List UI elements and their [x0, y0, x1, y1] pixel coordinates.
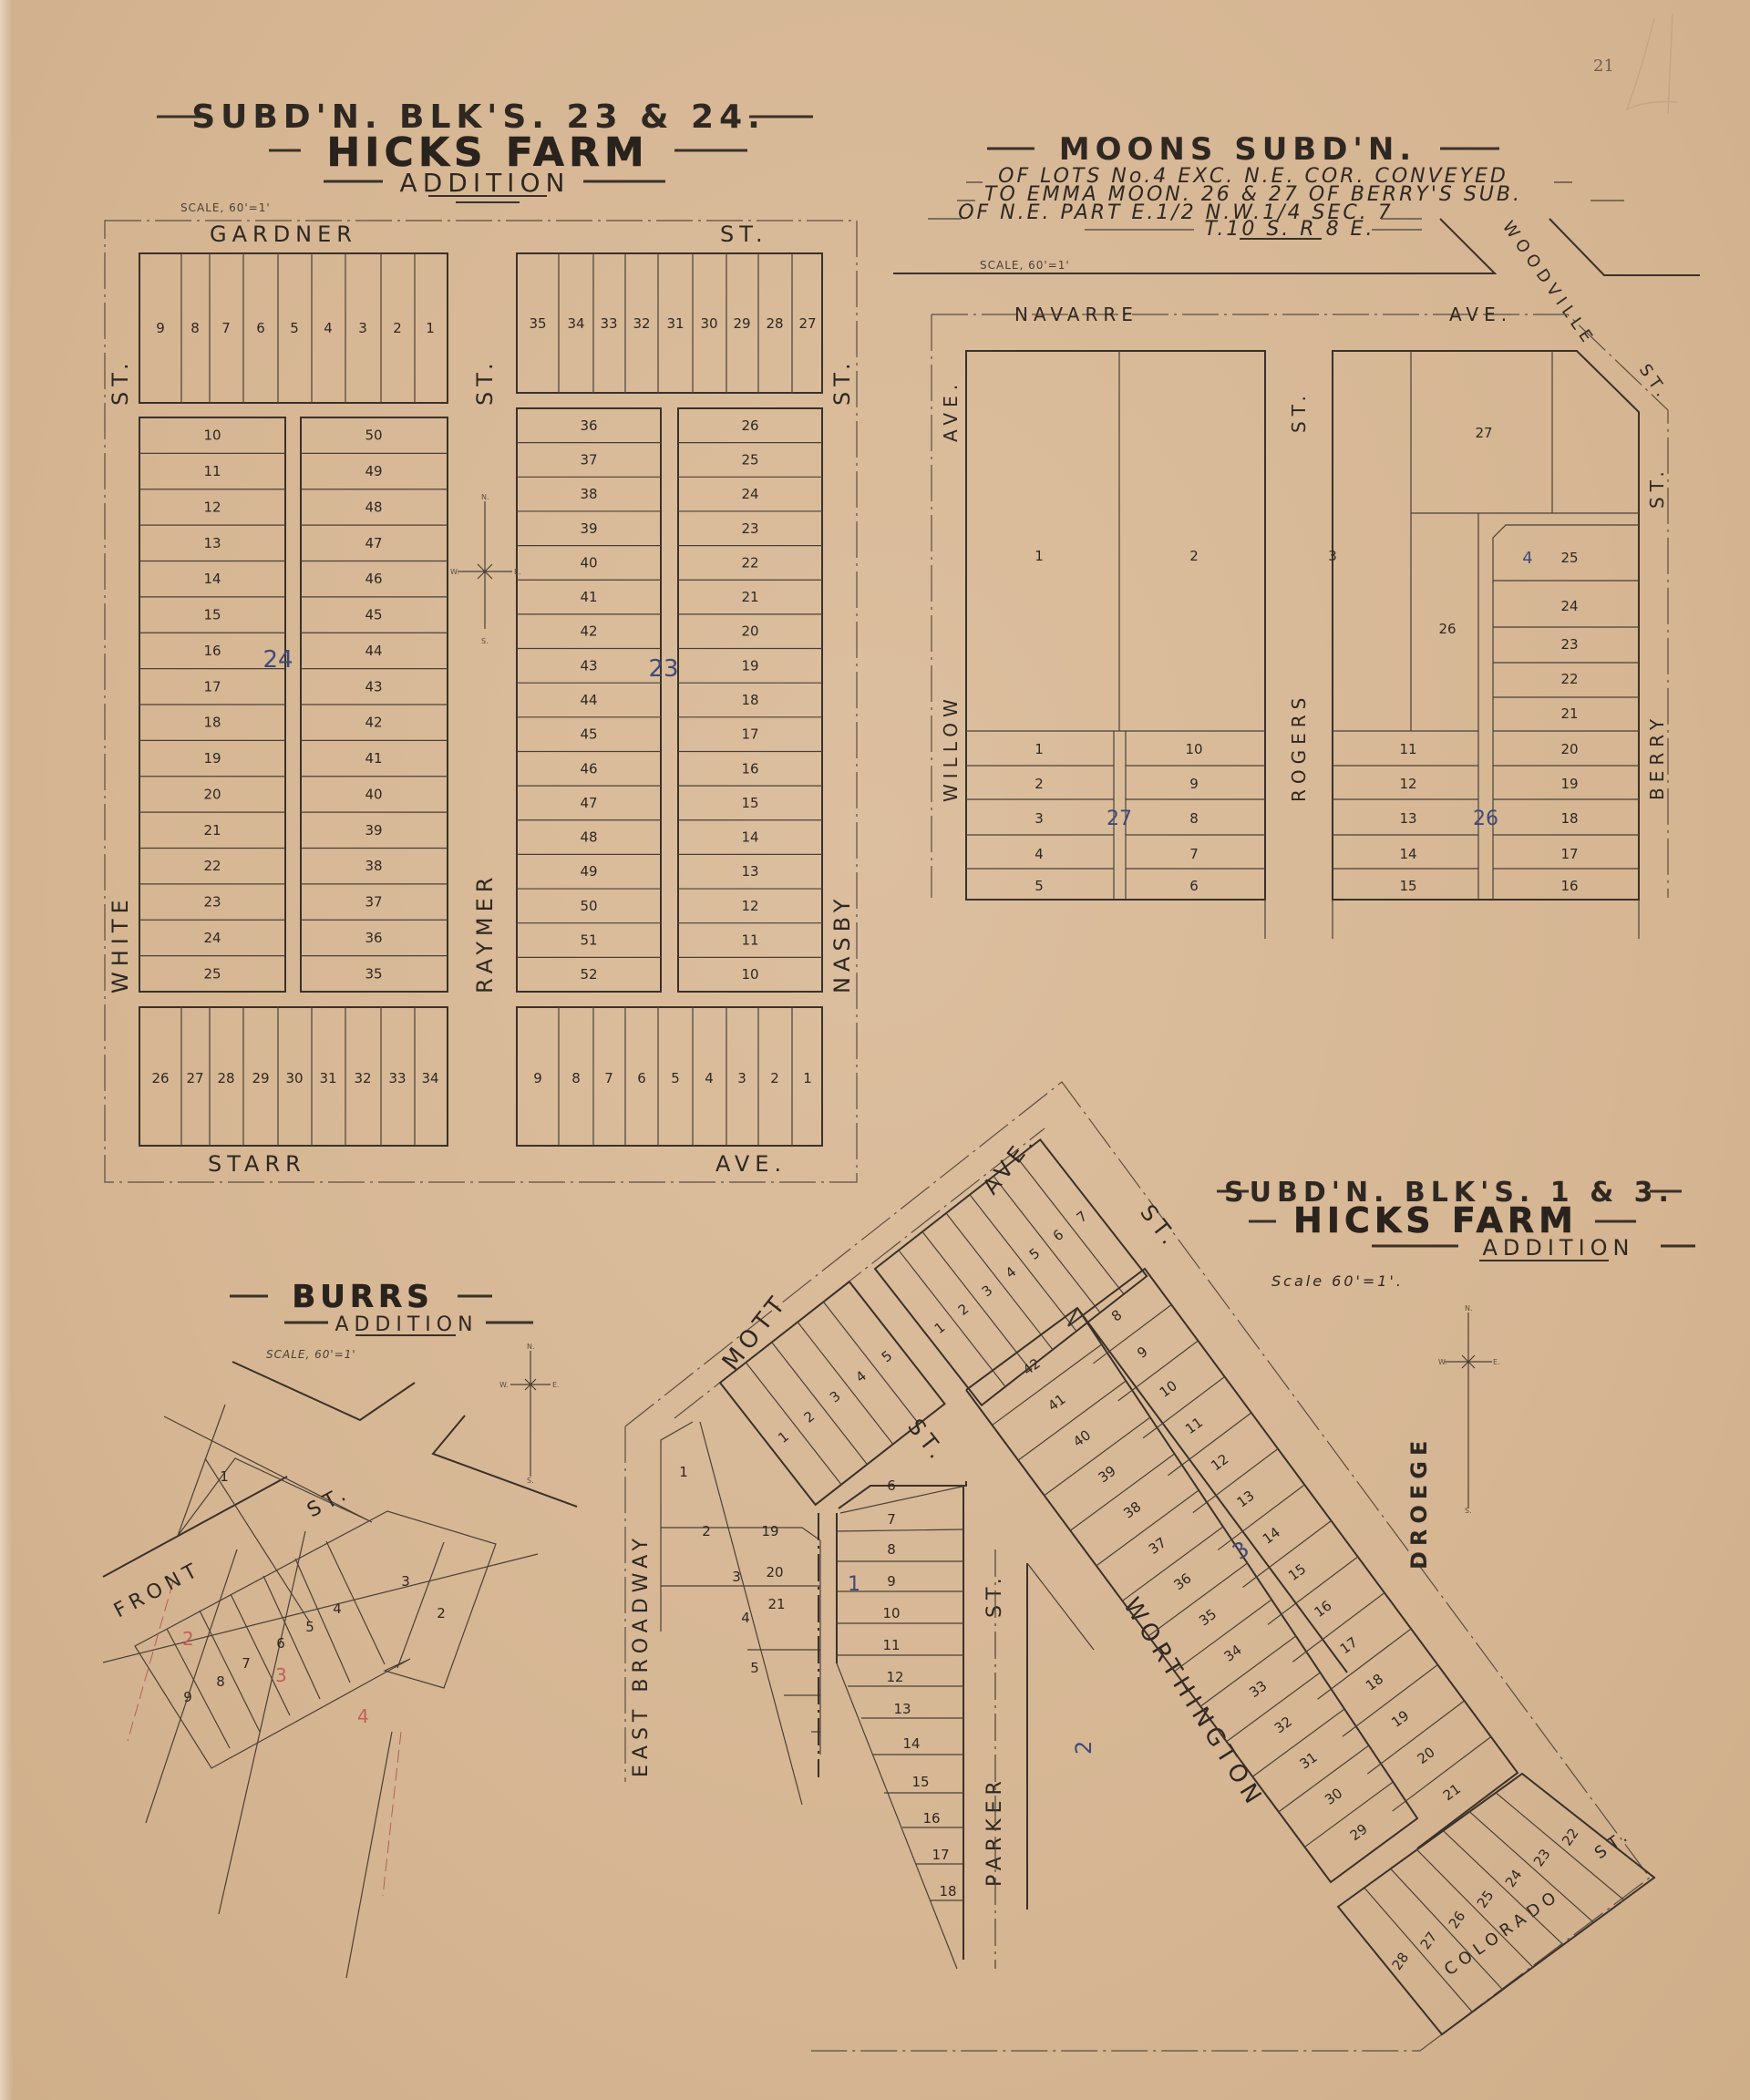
- lot: 11: [203, 463, 221, 479]
- lot: 38: [580, 486, 597, 502]
- lot: 39: [580, 520, 597, 537]
- lot: 11: [741, 932, 758, 949]
- lot: 8: [887, 1541, 896, 1558]
- lot: 6: [1050, 1226, 1067, 1244]
- lot: 19: [761, 1523, 778, 1539]
- lot: 2: [955, 1301, 973, 1319]
- red-lot-label: 4: [357, 1705, 369, 1727]
- hicks-1-3-section: SUBD'N. BLK'S. 1 & 3. HICKS FARM ADDITIO…: [625, 1082, 1695, 2051]
- lot: 16: [203, 643, 221, 659]
- lot: 49: [580, 863, 597, 880]
- lot: 4: [324, 320, 333, 336]
- street-navarre-suffix: AVE.: [1449, 304, 1512, 325]
- lot: 46: [365, 571, 382, 587]
- moons-subdivision-section: MOONS SUBD'N. OF LOTS No.4 EXC. N.E. COR…: [893, 131, 1700, 939]
- lot: 13: [741, 863, 758, 880]
- lot: 51: [580, 932, 597, 949]
- lot: 12: [741, 898, 758, 914]
- compass-s: S.: [481, 637, 489, 645]
- lot: 27: [186, 1070, 203, 1086]
- street-berry: BERRY: [1646, 714, 1668, 800]
- lot: 13: [203, 535, 221, 551]
- lot: 20: [741, 623, 758, 640]
- lot: 2: [801, 1408, 818, 1426]
- lot: 19: [741, 657, 758, 674]
- lot: 16: [741, 760, 758, 777]
- lot: 30: [285, 1070, 303, 1086]
- lot: 23: [1530, 1846, 1554, 1869]
- lot: 25: [741, 451, 758, 468]
- lot: 30: [700, 315, 717, 332]
- street-rogers: ROGERS: [1288, 693, 1310, 802]
- compass-n: N.: [1465, 1304, 1473, 1312]
- lot: 1: [932, 1319, 949, 1337]
- lot: 43: [580, 657, 597, 674]
- red-lot-label: 2: [182, 1628, 194, 1650]
- lot: 1: [679, 1464, 688, 1480]
- lot: 12: [886, 1669, 903, 1685]
- lot: 41: [1045, 1391, 1068, 1415]
- pencil-mark: [1627, 14, 1677, 114]
- lot: 27: [1417, 1929, 1441, 1952]
- lot: 36: [1170, 1570, 1194, 1593]
- street-raymer: RAYMER: [472, 872, 498, 993]
- lot: 13: [893, 1701, 911, 1717]
- lot: 23: [203, 894, 221, 911]
- lot: 3: [1328, 548, 1337, 564]
- lot: 25: [203, 965, 221, 982]
- lot: 36: [365, 930, 382, 946]
- block-26-sub-label: 4: [1522, 549, 1532, 568]
- lot: 28: [1389, 1950, 1413, 1973]
- burrs-scale: SCALE, 60'=1': [266, 1348, 356, 1361]
- hicks-1-3-scale: Scale 60'=1'.: [1271, 1272, 1404, 1290]
- lot: 21: [1560, 705, 1578, 722]
- street-nasby: NASBY: [829, 894, 855, 993]
- lot: 21: [203, 822, 221, 839]
- street-willow-suffix: AVE.: [940, 379, 962, 442]
- compass-e: E.: [1493, 1358, 1500, 1366]
- lot: 16: [922, 1810, 940, 1827]
- lot: 37: [365, 894, 382, 911]
- lot: 13: [1234, 1487, 1258, 1511]
- lot: 8: [190, 320, 200, 336]
- lot: 20: [1560, 741, 1578, 757]
- street-navarre: NAVARRE: [1014, 304, 1138, 325]
- lot: 33: [1246, 1677, 1270, 1701]
- lot: 41: [365, 750, 382, 767]
- lot: 8: [1108, 1306, 1125, 1324]
- lot: 35: [1196, 1606, 1220, 1630]
- lot: 12: [203, 499, 221, 515]
- lot: 5: [1035, 878, 1044, 894]
- lot: 6: [1189, 878, 1199, 894]
- street-berry-suffix: ST.: [1646, 466, 1668, 509]
- lot: 7: [1074, 1208, 1091, 1226]
- street-woodville-suffix: ST.: [1635, 361, 1673, 405]
- lot: 49: [365, 463, 382, 479]
- lot: 40: [365, 786, 382, 802]
- lot: 6: [637, 1070, 646, 1086]
- lot: 11: [1399, 741, 1416, 757]
- hicks-23-24-scale: SCALE, 60'=1': [180, 201, 271, 214]
- lot: 19: [1388, 1707, 1412, 1731]
- lot: 18: [1363, 1671, 1386, 1694]
- lot: 28: [766, 315, 783, 332]
- lot: 15: [741, 795, 758, 811]
- moons-scale: SCALE, 60'=1': [980, 259, 1070, 272]
- lot: 42: [365, 715, 382, 731]
- lot: 29: [252, 1070, 269, 1086]
- street-white: WHITE: [108, 894, 133, 993]
- lot: 21: [1440, 1780, 1464, 1804]
- lot: 14: [1260, 1524, 1283, 1548]
- lot: 6: [256, 320, 265, 336]
- lot: 9: [156, 320, 165, 336]
- lot: 22: [741, 554, 758, 571]
- lot: 12: [1208, 1451, 1231, 1475]
- lot: 7: [887, 1511, 896, 1528]
- block-24-label: 24: [262, 646, 293, 674]
- lot: 3: [401, 1573, 410, 1590]
- lot: 2: [1189, 548, 1199, 564]
- lot: 27: [1475, 425, 1492, 441]
- lot: 40: [1070, 1426, 1094, 1450]
- lot: 32: [633, 315, 650, 332]
- lot: 7: [242, 1655, 251, 1672]
- lot: 43: [365, 678, 382, 695]
- street-colorado: COLORADO: [1441, 1886, 1564, 1980]
- lot: 41: [580, 589, 597, 605]
- block-26-label: 26: [1473, 808, 1498, 830]
- red-lot-label: 3: [275, 1664, 287, 1686]
- compass-w: W.: [499, 1381, 509, 1389]
- lot: 24: [1560, 598, 1578, 614]
- lot: 9: [887, 1573, 896, 1590]
- lot: 23: [1560, 636, 1578, 653]
- lot: 26: [1446, 1908, 1469, 1931]
- lot: 21: [741, 589, 758, 605]
- block-27: 1 2 1 2 3 4 5 10 9 8 7 6 27: [966, 351, 1265, 900]
- lot: 1: [220, 1468, 229, 1485]
- street-east-broadway: EAST BROADWAY: [630, 1533, 653, 1777]
- lot: 39: [1096, 1463, 1119, 1487]
- lot: 3: [737, 1070, 746, 1086]
- lot: 20: [1415, 1744, 1438, 1767]
- lot: 10: [1185, 741, 1202, 757]
- lot: 16: [1560, 878, 1578, 894]
- compass-e: E.: [514, 568, 521, 576]
- compass-s: S.: [1465, 1507, 1472, 1515]
- lot: 3: [732, 1569, 741, 1585]
- lot: 5: [879, 1347, 896, 1365]
- street-white-suffix: ST.: [108, 357, 133, 406]
- lot: 5: [1026, 1245, 1044, 1263]
- street-mott-st: ST.: [902, 1414, 952, 1467]
- compass-s: S.: [527, 1477, 534, 1485]
- lot: 50: [365, 427, 382, 444]
- lot: 34: [567, 315, 584, 332]
- lot: 2: [770, 1070, 779, 1086]
- lot: 2: [702, 1523, 711, 1539]
- hicks-23-24-section: SUBD'N. BLK'S. 23 & 24. HICKS FARM ADDIT…: [105, 98, 857, 1182]
- lot: 1: [1035, 548, 1044, 564]
- page-number: 21: [1593, 57, 1614, 76]
- lot: 17: [1560, 846, 1578, 862]
- lot: 15: [911, 1774, 929, 1790]
- lot: 5: [290, 320, 299, 336]
- street-gardner: GARDNER: [210, 221, 357, 247]
- lot: 1: [803, 1070, 812, 1086]
- lot: 26: [151, 1070, 169, 1086]
- lot: 47: [580, 795, 597, 811]
- lot: 11: [882, 1637, 900, 1653]
- street-rogers-suffix: ST.: [1288, 390, 1310, 433]
- lot: 16: [1311, 1597, 1334, 1621]
- lot: 48: [580, 829, 597, 846]
- lot: 19: [203, 750, 221, 767]
- burrs-addition-section: BURRS ADDITION SCALE, 60'=1' N. W. E. S.…: [103, 1279, 577, 1978]
- lot: 24: [203, 930, 221, 946]
- lot: 4: [852, 1367, 870, 1385]
- lot: 3: [1035, 810, 1044, 827]
- lot: 1: [1035, 741, 1044, 757]
- lot: 13: [1399, 810, 1416, 827]
- lot: 20: [203, 786, 221, 802]
- lot: 5: [305, 1619, 314, 1635]
- lot: 46: [580, 760, 597, 777]
- lot: 52: [580, 966, 597, 983]
- lot: 7: [1189, 846, 1199, 862]
- lot: 1: [426, 320, 435, 336]
- lot: 5: [671, 1070, 680, 1086]
- lot: 9: [1134, 1343, 1150, 1362]
- lot: 15: [1285, 1560, 1309, 1584]
- lot: 35: [529, 315, 546, 332]
- street-droege: DROEGE: [1406, 1436, 1432, 1570]
- lot: 22: [203, 858, 221, 874]
- block-27-label: 27: [1107, 808, 1132, 830]
- compass-rose-icon: N. W. E. S.: [499, 1343, 560, 1485]
- lot: 1: [775, 1428, 792, 1446]
- lot: 23: [741, 520, 758, 537]
- lot: 33: [388, 1070, 406, 1086]
- hicks-23-24-title-line3: ADDITION: [400, 168, 571, 198]
- street-starr-suffix: AVE.: [715, 1151, 787, 1177]
- lot: 15: [203, 607, 221, 623]
- lot: 7: [604, 1070, 613, 1086]
- lot: 2: [1035, 776, 1044, 792]
- lot: 17: [1337, 1634, 1361, 1658]
- lot: 24: [1502, 1867, 1526, 1890]
- lot: 14: [1399, 846, 1416, 862]
- lot: 25: [1474, 1888, 1498, 1911]
- lot: 14: [203, 571, 221, 587]
- lot: 31: [319, 1070, 336, 1086]
- lot: 27: [798, 315, 816, 332]
- compass-n: N.: [481, 493, 489, 501]
- block-23: 35 34 33 32 31 30 29 28 27 23 3626372538…: [517, 253, 822, 1146]
- lot: 8: [1189, 810, 1199, 827]
- plat-map: 21 SUBD'N. BLK'S. 23 & 24. HICKS FARM AD…: [0, 0, 1750, 2100]
- compass-n: N.: [527, 1343, 535, 1351]
- lot: 19: [1560, 776, 1578, 792]
- lot: 8: [216, 1673, 225, 1690]
- lot: 4: [705, 1070, 714, 1086]
- lot: 48: [365, 499, 382, 515]
- street-nasby-suffix: ST.: [829, 357, 855, 406]
- street-ne-st: ST.: [1135, 1199, 1185, 1253]
- street-mott-suffix: AVE.: [978, 1127, 1042, 1199]
- lot: 30: [1322, 1785, 1345, 1808]
- lot: 32: [354, 1070, 371, 1086]
- lot: 10: [741, 966, 758, 983]
- lot: 10: [203, 427, 221, 444]
- lot: 8: [571, 1070, 581, 1086]
- lot: 35: [365, 965, 382, 982]
- lot: 26: [1438, 621, 1456, 637]
- lot: 11: [1182, 1414, 1206, 1437]
- block-26: 27 26 3 11 12 13 14 15 25 24 23 22 21 20…: [1328, 351, 1639, 900]
- lot: 3: [358, 320, 367, 336]
- lot: 33: [600, 315, 617, 332]
- block-1-label: 1: [848, 1573, 860, 1596]
- lot: 7: [221, 320, 231, 336]
- lot: 31: [1297, 1749, 1321, 1773]
- lot: 22: [1559, 1826, 1582, 1849]
- lot: 39: [365, 822, 382, 839]
- lot: 3: [827, 1387, 844, 1405]
- lot: 12: [1399, 776, 1416, 792]
- lot: 18: [203, 715, 221, 731]
- lot: 10: [1157, 1377, 1180, 1401]
- lot: 45: [580, 726, 597, 743]
- lot: 4: [1003, 1263, 1020, 1282]
- lot: 15: [1399, 878, 1416, 894]
- lot: 9: [1189, 776, 1199, 792]
- lot: 44: [580, 692, 597, 708]
- lot: 28: [217, 1070, 234, 1086]
- street-front: FRONT: [110, 1558, 206, 1622]
- block-23-label: 23: [648, 655, 678, 683]
- street-raymer-suffix: ST.: [472, 357, 498, 406]
- lot: 10: [882, 1605, 900, 1621]
- block-2-label: 2: [1071, 1741, 1096, 1755]
- lot: 37: [1146, 1534, 1169, 1558]
- lot: 34: [1221, 1642, 1245, 1665]
- block-24: 9 8 7 6 5 4 3 2 1 24 1050114912481347144…: [139, 253, 448, 1146]
- lot: 5: [750, 1660, 759, 1676]
- lot: 2: [393, 320, 402, 336]
- street-front-suffix: ST.: [304, 1481, 355, 1522]
- lot: 4: [741, 1610, 750, 1626]
- lot: 38: [365, 858, 382, 874]
- lot: 2: [437, 1605, 446, 1621]
- lot: 31: [666, 315, 684, 332]
- lot: 18: [1560, 810, 1578, 827]
- street-starr: STARR: [208, 1151, 306, 1177]
- street-gardner-suffix: ST.: [720, 221, 768, 247]
- lot: 17: [932, 1847, 949, 1863]
- lot: 37: [580, 451, 597, 468]
- lot: 6: [887, 1477, 896, 1494]
- lot: 21: [767, 1596, 785, 1612]
- lot: 50: [580, 898, 597, 914]
- burrs-subtitle: ADDITION: [335, 1313, 478, 1336]
- hicks-1-3-title-line3: ADDITION: [1482, 1235, 1634, 1261]
- lot: 34: [421, 1070, 438, 1086]
- moons-title: MOONS SUBD'N.: [1059, 131, 1416, 168]
- lot: 17: [203, 678, 221, 695]
- lot: 44: [365, 643, 382, 659]
- lot: 40: [580, 554, 597, 571]
- lot: 45: [365, 607, 382, 623]
- compass-rose-icon: N. W. E. S.: [450, 493, 521, 645]
- lot: 25: [1560, 550, 1578, 566]
- lot: 14: [902, 1735, 920, 1752]
- lot: 26: [741, 417, 758, 434]
- lot: 29: [733, 315, 750, 332]
- lot: 24: [741, 486, 758, 502]
- burrs-title: BURRS: [292, 1279, 433, 1315]
- lot: 22: [1560, 671, 1578, 687]
- lot: 6: [276, 1635, 285, 1652]
- compass-w: W.: [1438, 1358, 1447, 1366]
- lot: 20: [766, 1564, 783, 1580]
- lot: 4: [1035, 846, 1044, 862]
- lot: 36: [580, 417, 597, 434]
- lot: 9: [183, 1689, 192, 1705]
- compass-rose-icon: N. W. E. S.: [1438, 1304, 1500, 1515]
- lot: 47: [365, 535, 382, 551]
- lot: 38: [1120, 1498, 1144, 1522]
- compass-e: E.: [552, 1381, 560, 1389]
- lot: 9: [533, 1070, 542, 1086]
- street-mott: MOTT: [717, 1288, 794, 1375]
- lot: 14: [741, 829, 758, 846]
- lot: 32: [1271, 1714, 1295, 1737]
- lot: 18: [741, 692, 758, 708]
- lot: 3: [979, 1282, 996, 1300]
- street-willow: WILLOW: [940, 694, 962, 802]
- lot: 17: [741, 726, 758, 743]
- lot: 18: [939, 1883, 956, 1899]
- compass-w: W.: [450, 568, 459, 576]
- lot: 4: [333, 1601, 342, 1617]
- moons-subtitle-4: T.10 S. R 8 E.: [1205, 218, 1375, 241]
- lot: 29: [1347, 1820, 1371, 1844]
- lot: 42: [580, 623, 597, 640]
